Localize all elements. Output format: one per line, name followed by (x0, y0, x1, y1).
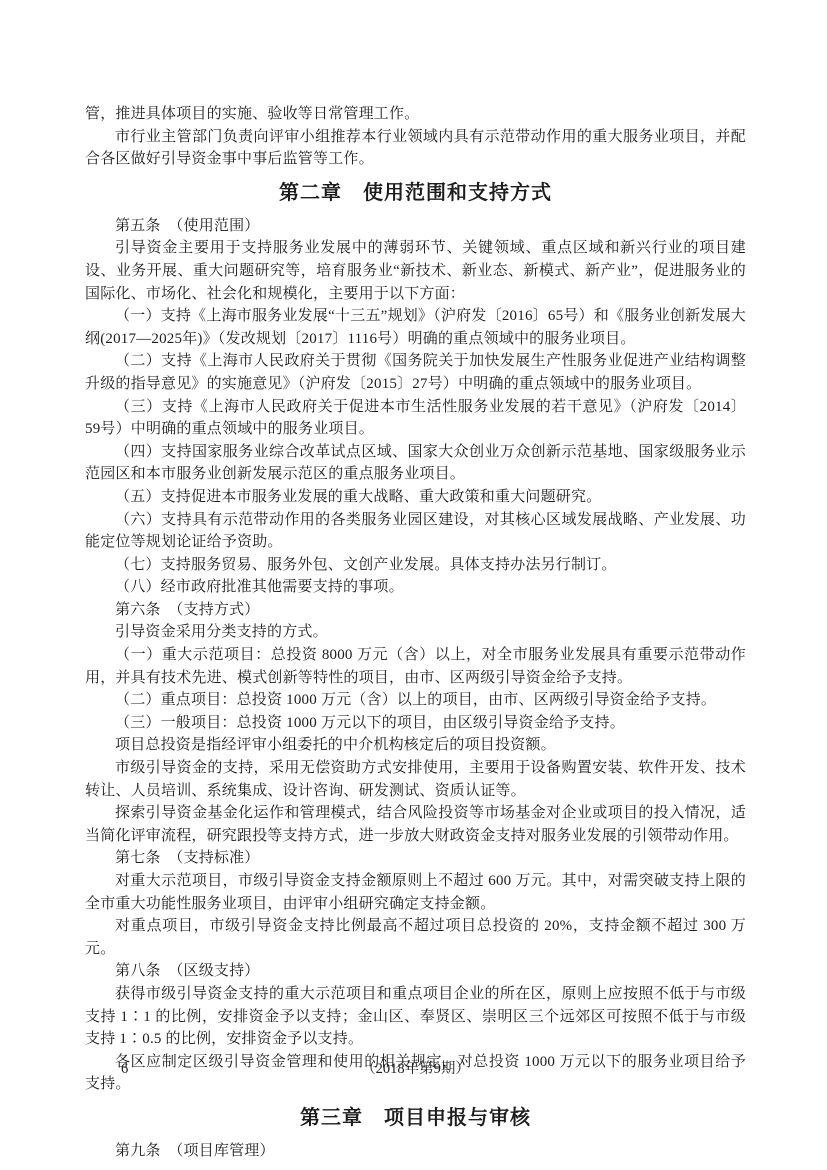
article-6-heading: 第六条 （支持方式） (85, 599, 746, 622)
list-item-6: （六）支持具有示范带动作用的各类服务业园区建设，对其核心区域发展战略、产业发展、… (85, 509, 746, 554)
issue-label: （2018年第9期） (85, 1058, 746, 1080)
body-paragraph: 获得市级引导资金支持的重大示范项目和重点项目企业的所在区，原则上应按照不低于与市… (85, 983, 746, 1051)
article-8-heading: 第八条 （区级支持） (85, 960, 746, 983)
page-footer: 6 （2018年第9期） (85, 1058, 746, 1080)
list-item-5: （五）支持促进本市服务业发展的重大战略、重大政策和重大问题研究。 (85, 486, 746, 509)
body-paragraph: 对重大示范项目，市级引导资金支持金额原则上不超过 600 万元。其中，对需突破支… (85, 870, 746, 915)
body-paragraph: 对重点项目，市级引导资金支持比例最高不超过项目总投资的 20%，支持金额不超过 … (85, 915, 746, 960)
list-item-3: （三）一般项目：总投资 1000 万元以下的项目，由区级引导资金给予支持。 (85, 712, 746, 735)
list-item-7: （七）支持服务贸易、服务外包、文创产业发展。具体支持办法另行制订。 (85, 554, 746, 577)
body-paragraph: 管，推进具体项目的实施、验收等日常管理工作。 (85, 103, 746, 126)
body-paragraph: 市行业主管部门负责向评审小组推荐本行业领域内具有示范带动作用的重大服务业项目，并… (85, 126, 746, 171)
list-item-3: （三）支持《上海市人民政府关于促进本市生活性服务业发展的若干意见》（沪府发〔20… (85, 396, 746, 441)
list-item-4: （四）支持国家服务业综合改革试点区域、国家大众创业万众创新示范基地、国家级服务业… (85, 441, 746, 486)
list-item-8: （八）经市政府批准其他需要支持的事项。 (85, 576, 746, 599)
body-paragraph: 项目总投资是指经评审小组委托的中介机构核定后的项目投资额。 (85, 734, 746, 757)
chapter-heading-3: 第三章 项目申报与审核 (85, 1103, 746, 1133)
document-body: 管，推进具体项目的实施、验收等日常管理工作。 市行业主管部门负责向评审小组推荐本… (85, 103, 746, 1163)
list-item-2: （二）重点项目：总投资 1000 万元（含）以上的项目，由市、区两级引导资金给予… (85, 689, 746, 712)
article-9-heading: 第九条 （项目库管理） (85, 1140, 746, 1163)
document-page: 管，推进具体项目的实施、验收等日常管理工作。 市行业主管部门负责向评审小组推荐本… (0, 0, 827, 1170)
article-7-heading: 第七条 （支持标准） (85, 847, 746, 870)
body-paragraph: 探索引导资金基金化运作和管理模式，结合风险投资等市场基金对企业或项目的投入情况，… (85, 802, 746, 847)
list-item-1: （一）支持《上海市服务业发展“十三五”规划》（沪府发〔2016〕65号）和《服务… (85, 305, 746, 350)
article-5-heading: 第五条 （使用范围） (85, 215, 746, 238)
list-item-2: （二）支持《上海市人民政府关于贯彻《国务院关于加快发展生产性服务业促进产业结构调… (85, 350, 746, 395)
body-paragraph: 引导资金采用分类支持的方式。 (85, 621, 746, 644)
chapter-heading-2: 第二章 使用范围和支持方式 (85, 178, 746, 208)
page-number: 6 (121, 1058, 128, 1080)
list-item-1: （一）重大示范项目：总投资 8000 万元（含）以上，对全市服务业发展具有重要示… (85, 644, 746, 689)
body-paragraph: 引导资金主要用于支持服务业发展中的薄弱环节、关键领域、重点区域和新兴行业的项目建… (85, 237, 746, 305)
body-paragraph: 市级引导资金的支持，采用无偿资助方式安排使用，主要用于设备购置安装、软件开发、技… (85, 757, 746, 802)
